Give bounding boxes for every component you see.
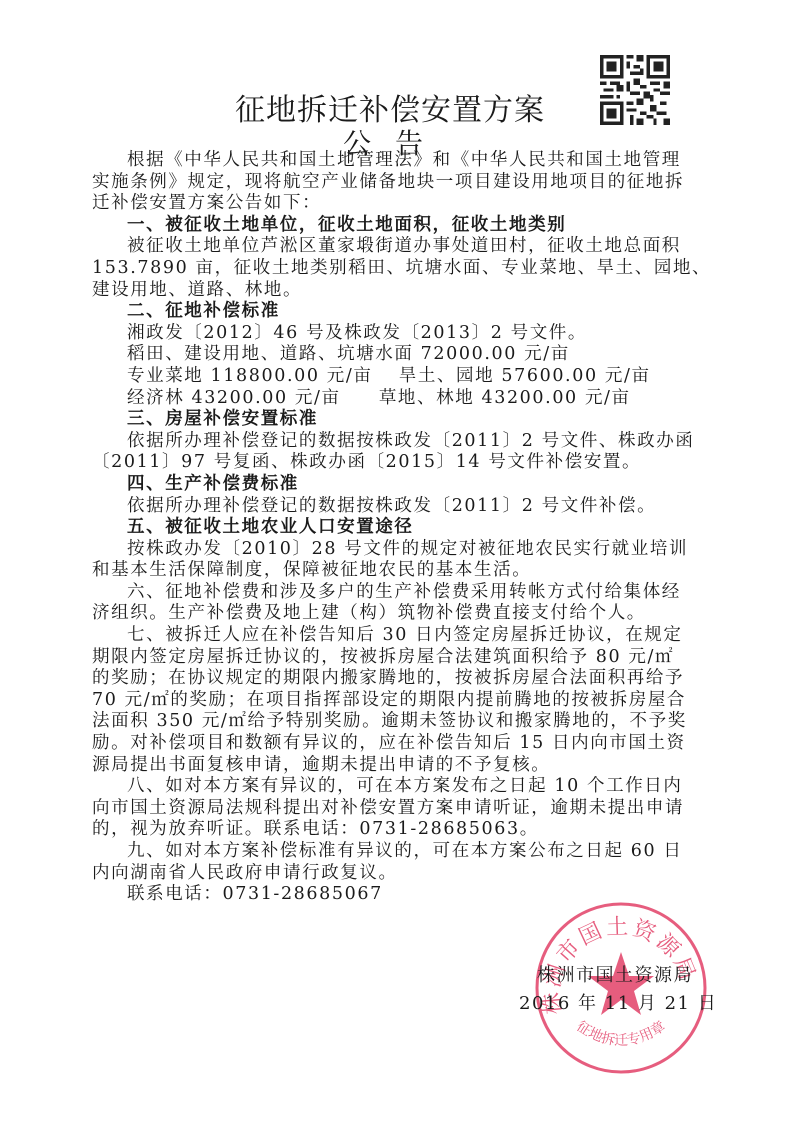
- body-line: 70 元/㎡的奖励；在项目指挥部设定的期限内提前腾地的按被拆房屋合: [92, 690, 732, 712]
- body-line: 六、征地补偿费和涉及多户的生产补偿费采用转帐方式付给集体经: [92, 582, 732, 604]
- document-body: 根据《中华人民共和国土地管理法》和《中华人民共和国土地管理实施条例》规定，现将航…: [92, 150, 732, 906]
- section-heading: 三、房屋补偿安置标准: [92, 409, 732, 431]
- body-line: 稻田、建设用地、道路、坑塘水面 72000.00 元/亩: [92, 344, 732, 366]
- body-line: 的，视为放弃听证。联系电话：0731-28685063。: [92, 819, 732, 841]
- body-line: 实施条例》规定，现将航空产业储备地块一项目建设用地项目的征地拆: [92, 172, 732, 194]
- body-line: 法面积 350 元/㎡给予特别奖励。逾期未签协议和搬家腾地的，不予奖: [92, 711, 732, 733]
- body-line: 建设用地、道路、林地。: [92, 280, 732, 302]
- body-line: 153.7890 亩，征收土地类别稻田、坑塘水面、专业菜地、旱土、园地、: [92, 258, 732, 280]
- body-line: 〔2011〕97 号复函、株政办函〔2015〕14 号文件补偿安置。: [92, 452, 732, 474]
- body-line: 迁补偿安置方案公告如下：: [92, 193, 732, 215]
- document-title: 征地拆迁补偿安置方案: [0, 93, 800, 129]
- body-line: 的奖励；在协议规定的期限内搬家腾地的，按被拆房屋合法面积再给予: [92, 668, 732, 690]
- body-line: 济组织。生产补偿费及地上建（构）筑物补偿费直接支付给个人。: [92, 603, 732, 625]
- section-heading: 五、被征收土地农业人口安置途径: [92, 517, 732, 539]
- signature-organization: 株洲市国土资源局: [537, 961, 693, 987]
- signature-date: 2016 年 11 月 21 日: [519, 989, 717, 1015]
- body-line: 向市国土资源局法规科提出对补偿安置方案申请听证，逾期未提出申请: [92, 798, 732, 820]
- section-heading: 一、被征收土地单位，征收土地面积，征收土地类别: [92, 215, 732, 237]
- body-line: 内向湖南省人民政府申请行政复议。: [92, 863, 732, 885]
- body-line: 经济林 43200.00 元/亩 草地、林地 43200.00 元/亩: [92, 388, 732, 410]
- body-line: 九、如对本方案补偿标准有异议的，可在本方案公布之日起 60 日: [92, 841, 732, 863]
- body-line: 依据所办理补偿登记的数据按株政发〔2011〕2 号文件补偿。: [92, 496, 732, 518]
- body-line: 八、如对本方案有异议的，可在本方案发布之日起 10 个工作日内: [92, 776, 732, 798]
- body-line: 专业菜地 118800.00 元/亩 旱土、园地 57600.00 元/亩: [92, 366, 732, 388]
- official-seal-icon: 株洲市国土资源局 征地拆迁专用章: [533, 900, 709, 1076]
- body-line: 励。对补偿项目和数额有异议的，应在补偿告知后 15 日内向市国土资: [92, 733, 732, 755]
- body-line: 源局提出书面复核申请，逾期未提出申请的不予复核。: [92, 755, 732, 777]
- body-line: 按株政办发〔2010〕28 号文件的规定对被征地农民实行就业培训: [92, 539, 732, 561]
- section-heading: 二、征地补偿标准: [92, 301, 732, 323]
- body-line: 依据所办理补偿登记的数据按株政发〔2011〕2 号文件、株政办函: [92, 431, 732, 453]
- body-line: 七、被拆迁人应在补偿告知后 30 日内签定房屋拆迁协议，在规定: [92, 625, 732, 647]
- svg-text:征地拆迁专用章: 征地拆迁专用章: [573, 1018, 668, 1049]
- section-heading: 四、生产补偿费标准: [92, 474, 732, 496]
- body-line: 期限内签定房屋拆迁协议的，按被拆房屋合法建筑面积给予 80 元/㎡: [92, 647, 732, 669]
- body-line: 湘政发〔2012〕46 号及株政发〔2013〕2 号文件。: [92, 323, 732, 345]
- body-line: 被征收土地单位芦淞区董家塅街道办事处道田村，征收土地总面积: [92, 236, 732, 258]
- body-line: 和基本生活保障制度，保障被征地农民的基本生活。: [92, 560, 732, 582]
- body-line: 根据《中华人民共和国土地管理法》和《中华人民共和国土地管理: [92, 150, 732, 172]
- seal-inner-text: 征地拆迁专用章: [573, 1018, 668, 1049]
